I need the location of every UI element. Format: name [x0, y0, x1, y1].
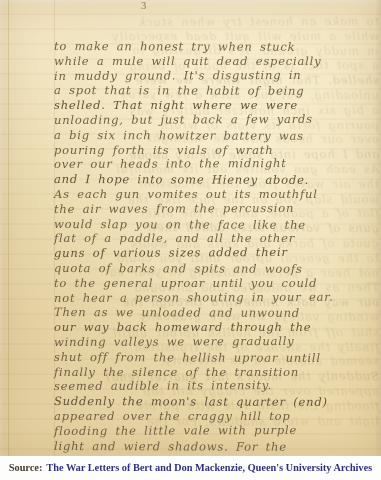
- letter-line: guns of various sizes added their: [54, 245, 379, 261]
- letter-line: and I hope into some Hieney abode.: [54, 172, 379, 188]
- letter-line: seemed audible in its intensity.: [54, 378, 379, 394]
- letter-paper-scan: to make an honest try when stuckwhile a …: [0, 0, 381, 456]
- letter-line: Suddenly the moon's last quarter (end): [54, 394, 379, 410]
- letter-line: shelled. That night where we were: [54, 98, 379, 113]
- letter-line: a big six inch howitzer battery was: [54, 128, 379, 144]
- letter-line: Then as we unloaded and unwound: [54, 305, 379, 321]
- letter-line: winding valleys we were gradually: [54, 334, 379, 350]
- caption-title-text: The War Letters of Bert and Don Mackenzi…: [46, 463, 372, 474]
- caption-bar: Source: The War Letters of Bert and Don …: [0, 456, 381, 480]
- letter-line: shut off from the hellish uproar untill: [54, 350, 379, 366]
- paper-fold-line-left: [8, 0, 9, 456]
- letter-line: flooding the little vale with purple: [54, 422, 379, 438]
- letter-line: would slap you on the face like the: [54, 217, 379, 233]
- letter-line: unloading, but just back a few yards: [54, 112, 379, 128]
- letter-line: to make an honest try when stuck: [54, 39, 379, 55]
- letter-line: the air waves from the percussion: [54, 200, 379, 216]
- letter-line: a spot that is in the habit of being: [54, 83, 379, 99]
- caption-source-label: Source:: [9, 463, 43, 474]
- letter-line: appeared over the craggy hill top: [54, 409, 379, 424]
- letter-line: over our heads into the midnight: [54, 156, 379, 172]
- letter-line: our way back homeward through the: [54, 320, 379, 335]
- scanned-letter-page: to make an honest try when stuckwhile a …: [0, 0, 381, 480]
- letter-line: to the general uproar until you could: [54, 276, 379, 291]
- letter-line: light and wierd shadows. For the: [54, 439, 379, 455]
- letter-line: in muddy ground. It's disgusting in: [54, 67, 379, 83]
- letter-line: while a mule will quit dead especially: [54, 54, 379, 69]
- letter-line: As each gun vomites out its mouthful: [54, 187, 379, 202]
- letter-line: quota of barks and spits and woofs: [54, 261, 379, 277]
- letter-body: to make an honest try when stuckwhile a …: [54, 39, 379, 453]
- letter-line: not hear a person shouting in your ear.: [54, 289, 379, 305]
- page-number: 3: [141, 1, 147, 12]
